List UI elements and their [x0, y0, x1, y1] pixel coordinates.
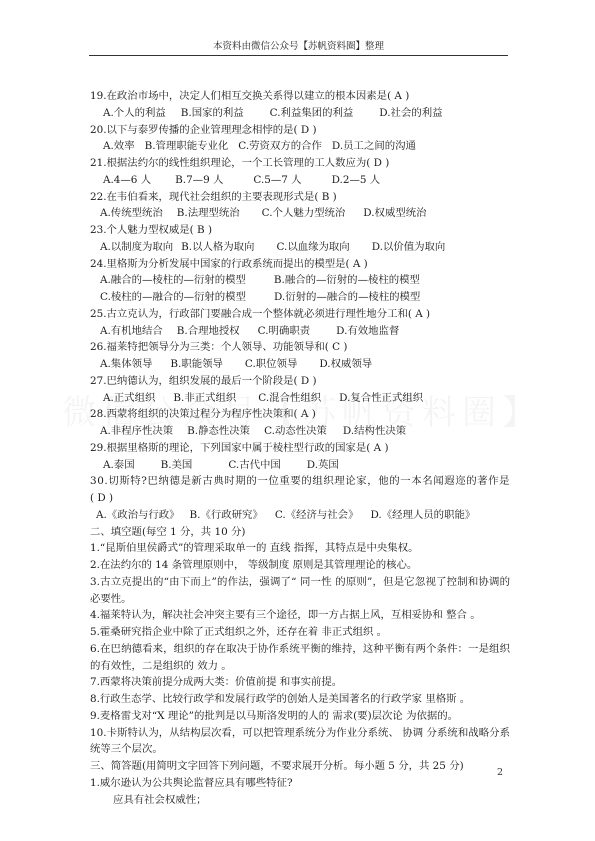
fill-item-9: 9.麦格雷戈对“X 理论”的批判是以马斯洛发明的人的 需求(要)层次论 为依据的…	[90, 708, 510, 725]
option: D.权威型统治	[363, 207, 426, 219]
option: B.国家的利益	[181, 107, 244, 119]
page-number: 2	[497, 767, 503, 778]
option: A.以制度为取向	[100, 241, 173, 253]
fill-item-10: 10.卡斯特认为，从结构层次看，可以把管理系统分为作业分系统、 协调 分系统和战…	[90, 725, 510, 759]
question-25: 25.古立克认为，行政部门要融合成一个整体就必须进行理性地分工和( A )	[90, 306, 510, 323]
fill-item-8: 8.行政生态学、比较行政学和发展行政学的创始人是美国著名的行政学家 里格斯 。	[90, 691, 510, 708]
options-21: A.4—6 人B.7—9 人C.5—7 人D.2—5 人	[90, 172, 510, 189]
option: B.《行政研究》	[190, 509, 263, 521]
fill-item-1: 1.“昆斯伯里侯爵式”的管理采取单一的 直线 指挥，其特点是中央集权。	[90, 540, 510, 557]
option: A.有机地结合	[100, 325, 163, 337]
header-divider	[89, 55, 508, 56]
option: B.融合的—衍射的—棱柱的模型	[274, 274, 420, 286]
options-19: A.个人的利益B.国家的利益C.利益集团的利益D.社会的利益	[90, 105, 510, 122]
option: D.结构性决策	[343, 425, 406, 437]
option: C.动态性决策	[264, 425, 327, 437]
question-23: 23.个人魅力型权威是( B )	[90, 222, 510, 239]
option: C.棱柱的—融合的—衍射的模型	[100, 291, 246, 303]
document-body: 19.在政治市场中，决定人们相互交换关系得以建立的根本因素是( A ) A.个人…	[90, 88, 510, 808]
options-20: A.效率B.管理职能专业化C.劳资双方的合作D.员工之间的沟通	[90, 138, 510, 155]
question-29: 29.根据里格斯的理论，下列国家中属于棱柱型行政的国家是( A )	[90, 440, 510, 457]
option: C.个人魅力型统治	[262, 207, 346, 219]
fill-item-3: 3.古立克提出的“由下而上”的作法，强调了“ 同一性 的原则”，但是它忽视了控制…	[90, 574, 510, 608]
option: D.员工之间的沟通	[332, 140, 416, 152]
option: D.复合性正式组织	[339, 392, 423, 404]
options-27: A.正式组织B.非正式组织C.混合性组织D.复合性正式组织	[90, 390, 510, 407]
option: A.集体领导	[100, 358, 152, 370]
option: D.以价值为取向	[372, 241, 446, 253]
option: A.融合的—棱柱的—衍射的模型	[100, 274, 246, 286]
option: C.利益集团的利益	[270, 107, 354, 119]
option: C.职位领导	[245, 358, 297, 370]
options-24-row2: C.棱柱的—融合的—衍射的模型D.衍射的—融合的—棱柱的模型	[90, 289, 510, 306]
options-24-row1: A.融合的—棱柱的—衍射的模型B.融合的—衍射的—棱柱的模型	[90, 272, 510, 289]
option: A.效率	[103, 140, 135, 152]
option: C.古代中国	[228, 459, 280, 471]
options-26: A.集体领导B.职能领导C.职位领导D.权威领导	[90, 356, 510, 373]
options-23: A.以制度为取向B.以人格为取向C.以血缘为取向D.以价值为取向	[90, 239, 510, 256]
question-24: 24.里格斯为分析发展中国家的行政系统而提出的模型是( A )	[90, 256, 510, 273]
option: D.2—5 人	[332, 174, 381, 186]
question-27: 27.巴纳德认为，组织发展的最后一个阶段是( D )	[90, 373, 510, 390]
fill-item-2: 2.在法约尔的 14 条管理原则中， 等级制度 原则是其管理理论的核心。	[90, 557, 510, 574]
option: D.衍射的—融合的—棱柱的模型	[274, 291, 420, 303]
option: B.法理型统治	[177, 207, 240, 219]
question-28: 28.西蒙将组织的决策过程分为程序性决策和( A )	[90, 406, 510, 423]
option: A.4—6 人	[103, 174, 151, 186]
option: D.《经理人员的职能》	[370, 509, 475, 521]
options-25: A.有机地结合B.合理地授权C.明确职责D.有效地监督	[90, 323, 510, 340]
short-answer-question-1: 1.威尔逊认为公共舆论监督应具有哪些特征?	[90, 775, 510, 792]
option: D.有效地监督	[336, 325, 399, 337]
question-19: 19.在政治市场中，决定人们相互交换关系得以建立的根本因素是( A )	[90, 88, 510, 105]
page-header: 本资料由微信公众号【苏帆资料圈】整理	[89, 40, 508, 53]
question-20: 20.以下与泰罗传播的企业管理理念相悖的是( D )	[90, 122, 510, 139]
fill-item-6: 6.在巴纳德看来，组织的存在取决于协作系统平衡的维持，这种平衡有两个条件：一是组…	[90, 641, 510, 675]
option: B.合理地授权	[177, 325, 240, 337]
options-29: A.泰国B.美国C.古代中国D.英国	[90, 457, 510, 474]
option: D.社会的利益	[379, 107, 442, 119]
fill-item-4: 4.福莱特认为，解决社会冲突主要有三个途径，即一方占据上风，互相妥协和 整合 。	[90, 607, 510, 624]
option: D.英国	[307, 459, 339, 471]
options-30: A.《政治与行政》B.《行政研究》C.《经济与社会》D.《经理人员的职能》	[90, 507, 510, 524]
fill-item-7: 7.西蒙将决策前提分成两大类：价值前提 和事实前提。	[90, 674, 510, 691]
option: D.权威领导	[319, 358, 372, 370]
question-22: 22.在韦伯看来，现代社会组织的主要表现形式是( B )	[90, 189, 510, 206]
options-28: A.非程序性决策B.静态性决策C.动态性决策D.结构性决策	[90, 423, 510, 440]
option: A.传统型统治	[100, 207, 163, 219]
option: A.个人的利益	[103, 107, 166, 119]
option: C.《经济与社会》	[275, 509, 359, 521]
option: B.7—9 人	[175, 174, 223, 186]
question-30-answer: ( D )	[90, 490, 510, 507]
option: A.泰国	[103, 459, 135, 471]
option: B.美国	[161, 459, 193, 471]
option: B.职能领导	[170, 358, 223, 370]
short-answer-text: 应具有社会权威性；	[90, 792, 510, 809]
option: B.静态性决策	[187, 425, 250, 437]
question-26: 26.福莱特把领导分为三类：个人领导、功能领导和( C )	[90, 339, 510, 356]
option: A.非程序性决策	[100, 425, 173, 437]
question-21: 21.根据法约尔的线性组织理论，一个工长管理的工人数应为( D )	[90, 155, 510, 172]
option: A.《政治与行政》	[96, 509, 180, 521]
option: B.管理职能专业化	[145, 140, 229, 152]
short-answer-heading: 三、简答题(用简明文字回答下列问题，不要求展开分析。每小题 5 分，共 25 分…	[90, 758, 510, 775]
option: C.5—7 人	[253, 174, 301, 186]
option: A.正式组织	[103, 392, 155, 404]
option: C.以血缘为取向	[276, 241, 349, 253]
fill-section-heading: 二、填空题(每空 1 分，共 10 分)	[90, 524, 510, 541]
options-22: A.传统型统治B.法理型统治C.个人魅力型统治D.权威型统治	[90, 205, 510, 222]
option: C.混合性组织	[258, 392, 321, 404]
option: C.明确职责	[258, 325, 310, 337]
option: C.劳资双方的合作	[238, 140, 322, 152]
option: B.以人格为取向	[181, 241, 254, 253]
option: B.非正式组织	[173, 392, 236, 404]
question-30: 30.切斯特?巴纳德是新古典时期的一位重要的组织理论家，他的一本名闻遐迩的著作是	[90, 473, 510, 490]
fill-item-5: 5.霍桑研究指企业中除了正式组织之外，还存在着 非正式组织 。	[90, 624, 510, 641]
